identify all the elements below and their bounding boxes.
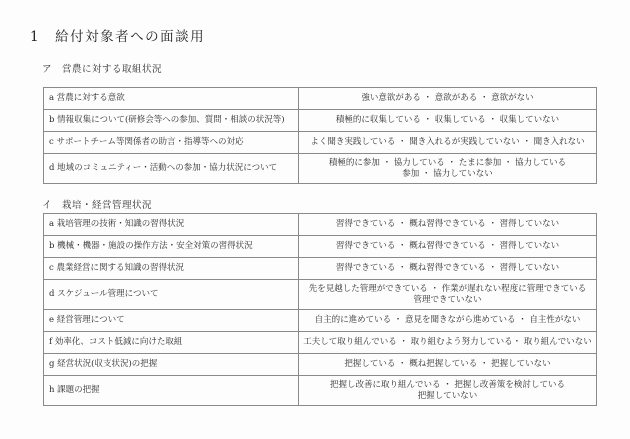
table-row: a 営農に対する意欲 強い意欲がある ・ 意欲がある ・ 意欲がない	[44, 88, 597, 110]
options-cell: 自主的に進めている ・ 意見を聞きながら進めている ・ 自主性がない	[299, 310, 597, 332]
item-label-cell: c サポートチーム等関係者の助言・指導等への対応	[44, 132, 299, 154]
item-label-cell: a 栽培管理の技術・知識の習得状況	[44, 214, 299, 236]
item-label-cell: h 課題の把握	[44, 376, 299, 406]
options-cell: 先を見越した管理ができている ・ 作業が遅れない程度に管理できている 管理できて…	[299, 280, 597, 310]
item-label-cell: d スケジュール管理について	[44, 280, 299, 310]
options-cell: 把握し改善に取り組んでいる ・ 把握し改善策を検討している 把握していない	[299, 376, 597, 406]
cultivation-management-table: a 栽培管理の技術・知識の習得状況 習得できている ・ 概ね習得できている ・ …	[43, 213, 597, 406]
item-label-cell: c 農業経営に関する知識の習得状況	[44, 258, 299, 280]
options-cell: 積極的に収集している ・ 収集している ・ 収集していない	[299, 110, 597, 132]
item-label-cell: g 経営状況(収支状況)の把握	[44, 354, 299, 376]
table-row: b 機械・機器・施設の操作方法・安全対策の習得状況 習得できている ・ 概ね習得…	[44, 236, 597, 258]
table-row: g 経営状況(収支状況)の把握 把握している ・ 概ね把握している ・ 把握して…	[44, 354, 597, 376]
section-a-heading: ア 営農に対する取組状況	[42, 61, 162, 75]
item-label-cell: b 情報収集について(研修会等への参加、質問・相談の状況等)	[44, 110, 299, 132]
options-cell: 習得できている ・ 概ね習得できている ・ 習得していない	[299, 236, 597, 258]
options-cell: 積極的に参加 ・ 協力している ・ たまに参加 ・ 協力している 参加 ・ 協力…	[299, 154, 597, 184]
item-label-cell: a 営農に対する意欲	[44, 88, 299, 110]
options-cell: よく聞き実践している ・ 聞き入れるが実践していない ・ 聞き入れない	[299, 132, 597, 154]
options-cell: 工夫して取り組んでいる ・ 取り組むよう努力している・ 取り組んでいない	[299, 332, 597, 354]
table-row: a 栽培管理の技術・知識の習得状況 習得できている ・ 概ね習得できている ・ …	[44, 214, 597, 236]
table-row: d スケジュール管理について 先を見越した管理ができている ・ 作業が遅れない程…	[44, 280, 597, 310]
item-label-cell: f 効率化、コスト低減に向けた取組	[44, 332, 299, 354]
options-cell: 把握している ・ 概ね把握している ・ 把握していない	[299, 354, 597, 376]
page-title: 1 給付対象者への面談用	[30, 25, 205, 45]
item-label-cell: d 地域のコミュニティー・活動への参加・協力状況について	[44, 154, 299, 184]
table-row: d 地域のコミュニティー・活動への参加・協力状況について 積極的に参加 ・ 協力…	[44, 154, 597, 184]
table-row: e 経営管理について 自主的に進めている ・ 意見を聞きながら進めている ・ 自…	[44, 310, 597, 332]
item-label-cell: e 経営管理について	[44, 310, 299, 332]
options-cell: 強い意欲がある ・ 意欲がある ・ 意欲がない	[299, 88, 597, 110]
section-i-heading: イ 栽培・経営管理状況	[42, 197, 152, 211]
table-row: h 課題の把握 把握し改善に取り組んでいる ・ 把握し改善策を検討している 把握…	[44, 376, 597, 406]
options-cell: 習得できている ・ 概ね習得できている ・ 習得していない	[299, 258, 597, 280]
engagement-status-table: a 営農に対する意欲 強い意欲がある ・ 意欲がある ・ 意欲がない b 情報収…	[43, 87, 597, 184]
table-row: c 農業経営に関する知識の習得状況 習得できている ・ 概ね習得できている ・ …	[44, 258, 597, 280]
options-cell: 習得できている ・ 概ね習得できている ・ 習得していない	[299, 214, 597, 236]
item-label-cell: b 機械・機器・施設の操作方法・安全対策の習得状況	[44, 236, 299, 258]
table-row: b 情報収集について(研修会等への参加、質問・相談の状況等) 積極的に収集してい…	[44, 110, 597, 132]
table-row: f 効率化、コスト低減に向けた取組 工夫して取り組んでいる ・ 取り組むよう努力…	[44, 332, 597, 354]
table-row: c サポートチーム等関係者の助言・指導等への対応 よく聞き実践している ・ 聞き…	[44, 132, 597, 154]
